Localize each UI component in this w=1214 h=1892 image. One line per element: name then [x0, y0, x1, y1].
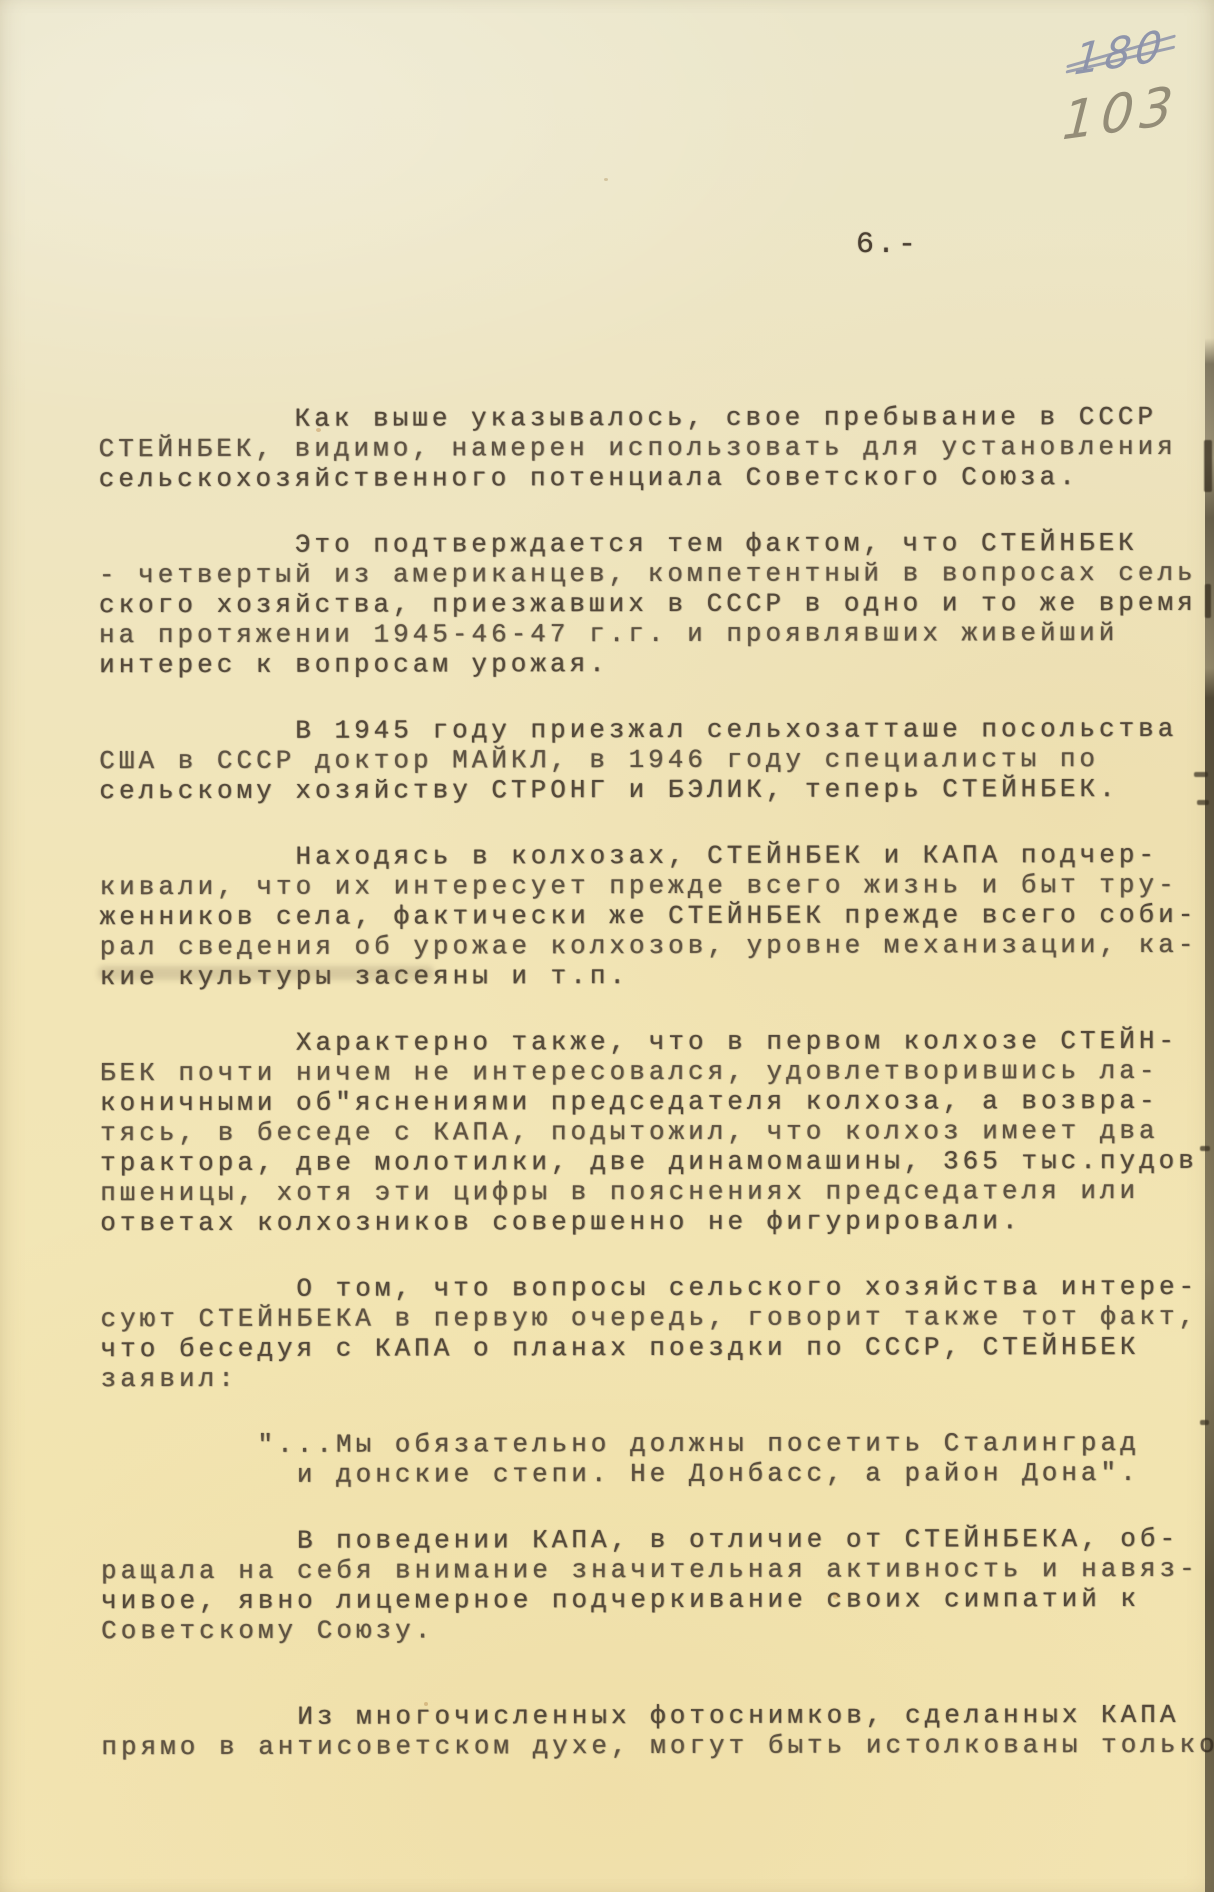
typed-line: Это подтверждается тем фактом, что СТЕЙН… — [99, 528, 1209, 560]
typed-line: интерес к вопросам урожая. — [99, 648, 1209, 680]
typed-line: США в СССР доктор МАЙКЛ, в 1946 году спе… — [99, 744, 1209, 776]
typed-line: и донские степи. Не Донбасс, а район Дон… — [101, 1458, 1211, 1490]
typed-line: заявил: — [101, 1362, 1211, 1394]
typed-line: Из многочисленных фотоснимков, сделанных… — [101, 1700, 1211, 1732]
scan-edge-mark — [1205, 584, 1211, 618]
typed-line: прямо в антисоветском духе, могут быть и… — [101, 1730, 1211, 1762]
typed-line: Советскому Союзу. — [101, 1614, 1211, 1646]
scan-edge-mark — [1200, 1146, 1210, 1151]
typed-line: СТЕЙНБЕК, видимо, намерен использовать д… — [99, 432, 1209, 464]
paragraph: Из многочисленных фотоснимков, сделанных… — [101, 1700, 1211, 1762]
paper-stain — [424, 1702, 428, 1706]
typed-line: О том, что вопросы сельского хозяйства и… — [100, 1272, 1210, 1304]
paragraph: В 1945 году приезжал сельхозатташе посол… — [99, 714, 1209, 806]
paragraph: Как выше указывалось, свое пребывание в … — [99, 402, 1209, 494]
typed-line: женников села, фактически же СТЕЙНБЕК пр… — [100, 900, 1210, 932]
typed-line: - четвертый из американцев, компетентный… — [99, 558, 1209, 590]
ink-smudge — [98, 966, 434, 980]
typed-line: В 1945 году приезжал сельхозатташе посол… — [99, 714, 1209, 746]
quoted-paragraph: "...Мы обязательно должны посетить Стали… — [101, 1428, 1211, 1490]
typed-line: на протяжении 1945-46-47 г.г. и проявляв… — [99, 618, 1209, 650]
typed-line: суют СТЕЙНБЕКА в первую очередь, говорит… — [100, 1302, 1210, 1334]
typed-line: Как выше указывалось, свое пребывание в … — [99, 402, 1209, 434]
scan-edge-mark — [1194, 772, 1208, 777]
typed-line: ответах колхозников совершенно не фигури… — [100, 1206, 1210, 1238]
typed-page-number: 6.- — [856, 228, 919, 262]
typed-line: сельскому хозяйству СТРОНГ и БЭЛИК, тепе… — [99, 774, 1209, 806]
typed-line: ращала на себя внимание значительная акт… — [101, 1554, 1211, 1586]
typed-line: чивое, явно лицемерное подчеркивание сво… — [101, 1584, 1211, 1616]
typed-line: сельскохозяйственного потенциала Советск… — [99, 462, 1209, 494]
typed-line: трактора, две молотилки, две динамомашин… — [100, 1146, 1210, 1178]
handwritten-page-number: 103 — [1060, 75, 1180, 153]
paper-stain — [604, 178, 608, 181]
paragraph: Характерно также, что в первом колхозе С… — [100, 1026, 1210, 1238]
handwritten-crossed-number: 180 — [1072, 20, 1167, 85]
typed-line: Находясь в колхозах, СТЕЙНБЕК и КАПА под… — [99, 840, 1209, 872]
scan-edge-shadow — [1205, 338, 1214, 1892]
typed-line: что беседуя с КАПА о планах поездки по С… — [100, 1332, 1210, 1364]
typed-line: тясь, в беседе с КАПА, подытожил, что ко… — [100, 1116, 1210, 1148]
document-page: 180 103 6.- Как выше указывалось, свое п… — [0, 0, 1214, 1892]
paper-stain — [316, 428, 321, 432]
typed-line: В поведении КАПА, в отличие от СТЕЙНБЕКА… — [101, 1524, 1211, 1556]
paper-stain — [833, 1594, 839, 1599]
typed-line: БЕК почти ничем не интересовался, удовле… — [100, 1056, 1210, 1088]
typed-line: рал сведения об урожае колхозов, уровне … — [100, 930, 1210, 962]
typed-text-block: Как выше указывалось, свое пребывание в … — [99, 402, 1212, 1798]
typed-line: Характерно также, что в первом колхозе С… — [100, 1026, 1210, 1058]
scan-edge-mark — [1204, 440, 1212, 492]
typed-line: ского хозяйства, приезжавших в СССР в од… — [99, 588, 1209, 620]
paragraph: О том, что вопросы сельского хозяйства и… — [100, 1272, 1210, 1394]
typed-line: пшеницы, хотя эти цифры в пояснениях пре… — [100, 1176, 1210, 1208]
typed-line: коничными об"яснениями председателя колх… — [100, 1086, 1210, 1118]
paragraph: В поведении КАПА, в отличие от СТЕЙНБЕКА… — [101, 1524, 1211, 1646]
scan-edge-mark — [1197, 800, 1209, 805]
typed-line: кивали, что их интересует прежде всего ж… — [100, 870, 1210, 902]
paragraph: Это подтверждается тем фактом, что СТЕЙН… — [99, 528, 1209, 680]
typed-line: "...Мы обязательно должны посетить Стали… — [101, 1428, 1211, 1460]
scan-edge-mark — [1200, 1420, 1209, 1425]
